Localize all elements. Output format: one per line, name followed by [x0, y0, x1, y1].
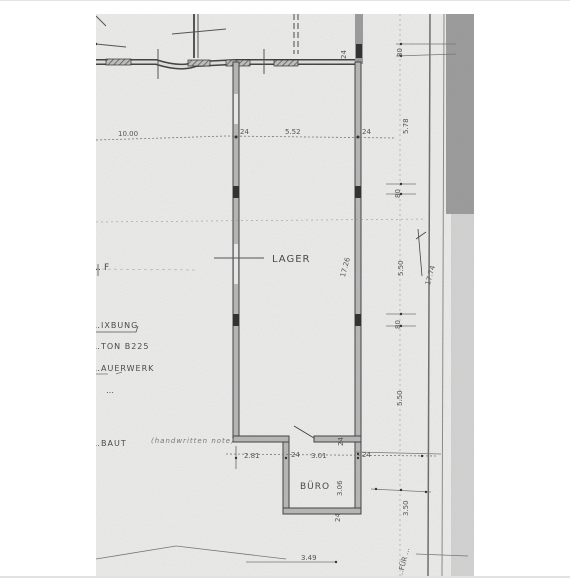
floor-plan-scan: LAGER BÜRO 10.00 5.52 24 24 24 24 24 24 …	[96, 14, 474, 576]
legend-line-2: …IXBUNG	[96, 321, 138, 330]
legend-line-3: …TON B225	[96, 342, 149, 351]
dim-bottom-3-49: 3.49	[301, 554, 317, 562]
dim-right-80: 80	[396, 48, 404, 57]
legend-line-4: …AUERWERK	[96, 364, 154, 373]
dim-buero-width: 3.01	[311, 452, 327, 460]
dim-wall-24: 24	[362, 128, 371, 136]
room-label-lager: LAGER	[272, 254, 310, 265]
legend-line-1: …F	[96, 263, 112, 273]
room-label-buero: BÜRO	[300, 482, 330, 492]
legend-line-6: …BAUT	[96, 439, 127, 448]
dim-wall-24: 24	[337, 437, 345, 446]
dim-left-2-81: 2.81	[244, 452, 260, 460]
viewer-top-border	[0, 0, 570, 1]
legend-line-5: …	[106, 386, 115, 395]
dim-buero-depth: 3.06	[336, 480, 344, 496]
dim-top-width: 5.52	[285, 128, 301, 136]
dim-right-5-50-a: 5.50	[397, 260, 405, 276]
dim-wall-24: 24	[291, 451, 300, 459]
dim-wall-24: 24	[340, 50, 348, 59]
dim-right-3-50: 3.50	[402, 500, 410, 516]
dim-right-5-78: 5.78	[402, 118, 410, 134]
dim-wall-24: 24	[240, 128, 249, 136]
dim-right-5-50-b: 5.50	[396, 390, 404, 406]
dim-top-left: 10.00	[118, 130, 138, 138]
dim-wall-24: 24	[334, 513, 342, 522]
legend-handwritten-note: (handwritten note)	[151, 437, 235, 445]
dim-wall-24: 24	[362, 451, 371, 459]
dim-right-80: 80	[394, 320, 402, 329]
dim-right-80: 80	[394, 189, 402, 198]
floor-plan-drawing	[96, 14, 474, 576]
